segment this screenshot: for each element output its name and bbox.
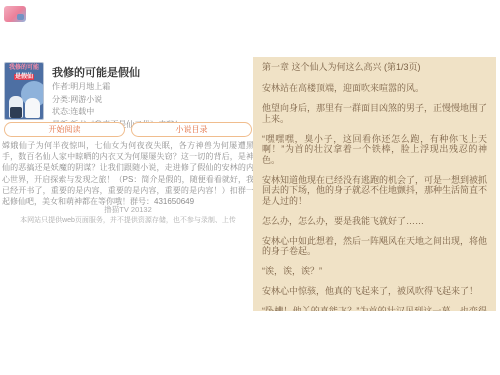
cover-character-left (9, 96, 23, 118)
site-logo-icon[interactable] (4, 6, 26, 22)
book-title: 我修的可能是假仙 (52, 64, 140, 80)
cover-title-line2: 是假仙 (5, 74, 43, 81)
novel-catalog-button[interactable]: 小说目录 (131, 122, 252, 137)
site-name-footer: 撸猫TV 20132 (0, 204, 256, 215)
disclaimer-footer: 本网站只提供web页面服务，并不提供资源存储，也不参与录制、上传 (0, 215, 256, 225)
chapter-paragraph: “诶，诶，诶？” (262, 266, 487, 277)
chapter-reader-panel: 第一章 这个仙人为何这么高兴 (第1/3页) 安林站在高楼顶端，迎面吹来喧嚣的风… (253, 57, 496, 311)
chapter-paragraph: 安林知道他现在已经没有逃跑的机会了，可是一想到被抓回去的下场，他的身子就忍不住地… (262, 175, 487, 207)
chapter-paragraph: “嘿嘿嘿，臭小子，这回看你还怎么跑，有种你飞上天啊！”为首的壮汉拿着一个铁棒，脸… (262, 134, 487, 166)
cover-character-right (25, 98, 40, 118)
action-buttons: 开始阅读 小说目录 (0, 122, 256, 137)
meta-category: 分类:网游小说 (52, 94, 182, 107)
meta-status: 状态:连载中 (52, 106, 182, 119)
chapter-paragraph: 安林站在高楼顶端，迎面吹来喧嚣的风。 (262, 83, 487, 94)
cover-title-line1: 我修的可能 (5, 65, 43, 72)
chapter-paragraph: “卧槽！他丫的真能飞？”为首的壮汉见到这一幕，也变得目瞪口呆起来。 (262, 306, 487, 311)
chapter-paragraph: 他望向身后，那里有一群面目凶煞的男子，正慢慢地围了上来。 (262, 103, 487, 124)
start-reading-button[interactable]: 开始阅读 (4, 122, 125, 137)
chapter-paragraph: 安林心中惊骇，他真的飞起来了，被风吹得飞起来了！ (262, 286, 487, 297)
novel-reader-page: 我修的可能 是假仙 我修的可能是假仙 作者:明月地上霜 分类:网游小说 状态:连… (0, 0, 500, 375)
chapter-paragraph: 怎么办，怎么办，要是我能飞就好了…… (262, 216, 487, 227)
chapter-paragraph: 安林心中如此想着，然后一阵飓风在天地之间出现，将他的身子卷起。 (262, 236, 487, 257)
book-cover[interactable]: 我修的可能 是假仙 (4, 62, 44, 120)
meta-author: 作者:明月地上霜 (52, 81, 182, 94)
chapter-header: 第一章 这个仙人为何这么高兴 (第1/3页) (262, 62, 487, 73)
book-description: 嫦娥仙子为何半夜惊叫，七仙女为何夜夜失眠，各方神兽为何屡遭黑手，数百名仙人家中晾… (2, 140, 254, 207)
